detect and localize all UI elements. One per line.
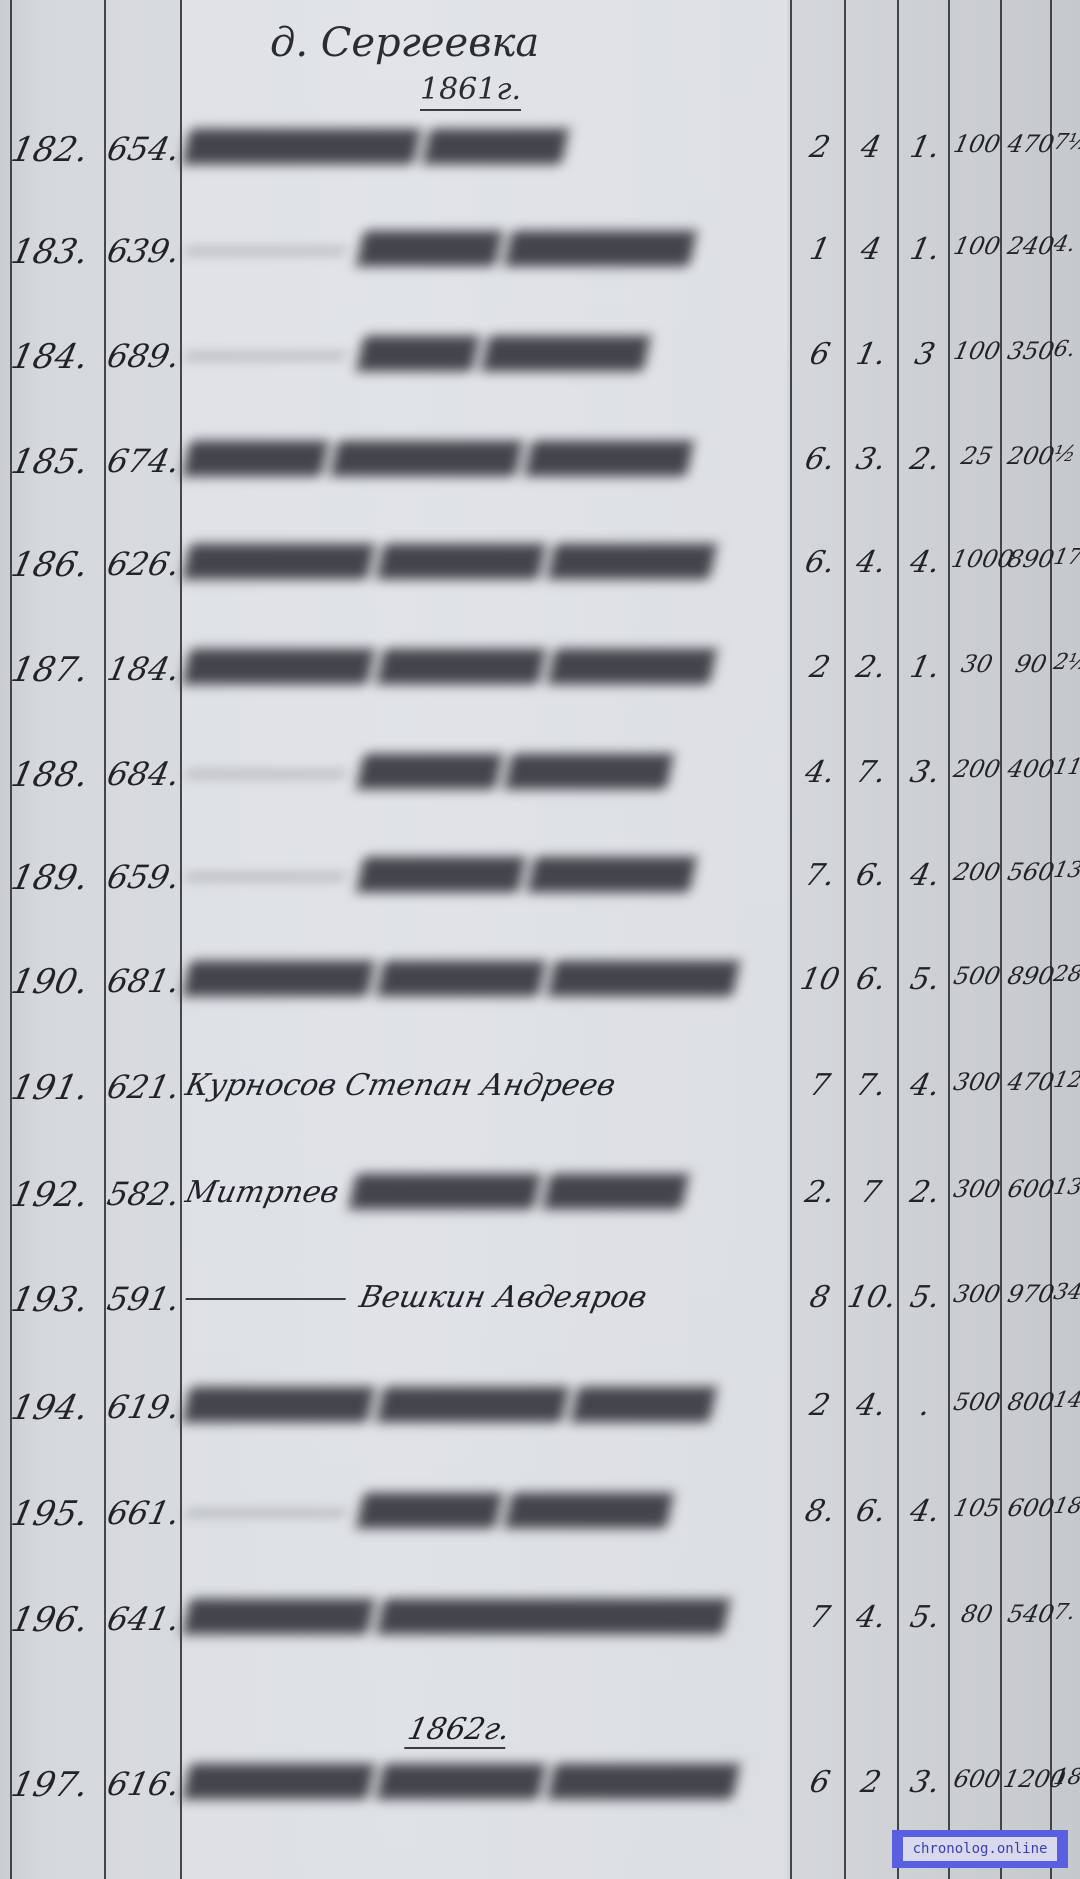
value-col-b: 7. <box>844 1068 897 1103</box>
value-col-a: 7 <box>796 1068 843 1103</box>
village-title: д. Сергеевка <box>270 20 539 66</box>
value-col-d: 600 <box>949 1765 1005 1793</box>
household-number: 184. <box>104 650 182 688</box>
page-header: д. Сергеевка 1861г. <box>270 20 750 66</box>
household-number: 626. <box>104 545 182 583</box>
value-col-a: 6 <box>796 337 843 372</box>
household-number: 659. <box>104 858 182 896</box>
value-col-a: 2 <box>796 1388 843 1423</box>
value-col-a: 4. <box>796 755 843 790</box>
value-col-d: 105 <box>949 1494 1005 1522</box>
value-col-a: 8. <box>796 1494 843 1529</box>
value-col-f: 4. <box>1051 232 1080 257</box>
household-number: 582. <box>104 1175 182 1213</box>
table-row: 184.689.█████ ███████61.31003506. <box>0 337 1080 397</box>
value-col-a: 6. <box>796 545 843 580</box>
value-col-c: 5. <box>901 1600 948 1635</box>
value-col-d: 80 <box>949 1600 1005 1628</box>
household-number: 591. <box>104 1280 182 1318</box>
value-col-a: 8 <box>796 1280 843 1315</box>
value-col-d: 100 <box>949 130 1005 158</box>
household-number: 681. <box>104 962 182 1000</box>
table-row: 195.661.██████ ███████8.6.4.10560018. <box>0 1494 1080 1554</box>
household-number: 641. <box>104 1600 182 1638</box>
person-surname: Митрпев <box>182 1175 342 1210</box>
person-name: ████████ ███████ ████████ <box>182 962 789 997</box>
row-number: 188. <box>8 755 107 795</box>
household-number: 621. <box>104 1068 182 1106</box>
table-row: 188.684.██████ ███████4.7.3.20040011. <box>0 755 1080 815</box>
value-col-a: 1 <box>796 232 843 267</box>
table-row: 183.639.██████ ████████141.1002404. <box>0 232 1080 292</box>
value-col-d: 200 <box>949 755 1005 783</box>
value-col-b: 4 <box>844 232 897 267</box>
person-name: ████████ ████████ ██████ <box>182 1388 789 1423</box>
value-col-c: 3 <box>901 337 948 372</box>
value-col-f: 12. <box>1051 1068 1080 1093</box>
person-name: ██████ ███████ <box>182 1494 789 1529</box>
value-col-f: 7. <box>1051 1600 1080 1625</box>
header-year: 1861г. <box>420 72 521 111</box>
row-number: 183. <box>8 232 107 272</box>
person-name: ██████████ ██████ <box>182 130 789 165</box>
row-number: 192. <box>8 1175 107 1215</box>
value-col-b: 4. <box>844 1388 897 1423</box>
table-row: 189.659.███████ ███████7.6.4.20056013. <box>0 858 1080 918</box>
person-name: ████████ ███████ ███████ <box>182 545 789 580</box>
person-name: ██████ ███████ <box>182 755 789 790</box>
household-number: 639. <box>104 232 182 270</box>
row-number: 197. <box>8 1765 107 1805</box>
table-row: 191.621.Курносов Степан Андреев77.4.3004… <box>0 1068 1080 1128</box>
value-col-a: 2 <box>796 130 843 165</box>
household-number: 661. <box>104 1494 182 1532</box>
value-col-b: 6. <box>844 858 897 893</box>
value-col-c: 3. <box>901 755 948 790</box>
person-name: ██████ ████████ ███████ <box>182 442 789 477</box>
household-number: 616. <box>104 1765 182 1803</box>
value-col-d: 100 <box>949 232 1005 260</box>
watermark-text: chronolog.online <box>903 1837 1058 1861</box>
value-col-c: 1. <box>901 130 948 165</box>
table-row: 186.626.████████ ███████ ███████6.4.4.10… <box>0 545 1080 605</box>
value-col-c: 2. <box>901 1175 948 1210</box>
value-col-f: 13. <box>1051 858 1080 883</box>
value-col-f: 13. <box>1051 1175 1080 1200</box>
table-row: 194.619.████████ ████████ ██████24..5008… <box>0 1388 1080 1448</box>
value-col-c: 4. <box>901 1068 948 1103</box>
value-col-b: 1. <box>844 337 897 372</box>
value-col-c: 4. <box>901 545 948 580</box>
value-col-f: 7½ <box>1051 130 1080 155</box>
watermark-badge: chronolog.online <box>892 1830 1068 1868</box>
value-col-c: . <box>901 1388 948 1423</box>
value-col-b: 10. <box>844 1280 897 1315</box>
table-row: 197.616.████████ ███████ ████████623.600… <box>0 1765 1080 1825</box>
value-col-f: 2½ <box>1051 650 1080 675</box>
value-col-f: 18. <box>1051 1494 1080 1519</box>
value-col-c: 5. <box>901 1280 948 1315</box>
row-number: 193. <box>8 1280 107 1320</box>
value-col-a: 2. <box>796 1175 843 1210</box>
value-col-c: 1. <box>901 650 948 685</box>
row-number: 182. <box>8 130 107 170</box>
value-col-b: 2. <box>844 650 897 685</box>
value-col-c: 4. <box>901 1494 948 1529</box>
value-col-f: 6. <box>1051 337 1080 362</box>
person-name: ████████ ███████ ███████ <box>182 650 789 685</box>
value-col-f: 34. <box>1051 1280 1080 1305</box>
value-col-d: 100 <box>949 337 1005 365</box>
value-col-c: 4. <box>901 858 948 893</box>
value-col-c: 3. <box>901 1765 948 1800</box>
value-col-c: 1. <box>901 232 948 267</box>
table-row: 182.654.██████████ ██████241.1004707½ <box>0 130 1080 190</box>
household-number: 689. <box>104 337 182 375</box>
row-number: 195. <box>8 1494 107 1534</box>
section-year-1862: 1862г. <box>404 1712 513 1749</box>
person-name: ██████ ████████ <box>182 232 789 267</box>
value-col-c: 5. <box>901 962 948 997</box>
value-col-a: 10 <box>796 962 843 997</box>
row-number: 191. <box>8 1068 107 1108</box>
household-number: 654. <box>104 130 182 168</box>
person-name: ███████ ███████ <box>182 858 789 893</box>
table-row: 196.641.████████ ███████████████74.5.805… <box>0 1600 1080 1660</box>
table-row: 193.591.Вешкин Авдеяров810.5.30097034. <box>0 1280 1080 1340</box>
value-col-f: ½ <box>1051 442 1080 467</box>
row-number: 189. <box>8 858 107 898</box>
value-col-b: 4 <box>844 130 897 165</box>
row-number: 196. <box>8 1600 107 1640</box>
person-name: ████████ ███████ ████████ <box>182 1765 789 1800</box>
value-col-a: 2 <box>796 650 843 685</box>
value-col-a: 6. <box>796 442 843 477</box>
value-col-f: 11. <box>1051 755 1080 780</box>
value-col-f: 14. <box>1051 1388 1080 1413</box>
value-col-a: 6 <box>796 1765 843 1800</box>
row-number: 185. <box>8 442 107 482</box>
row-number: 186. <box>8 545 107 585</box>
table-row: 190.681.████████ ███████ ████████106.5.5… <box>0 962 1080 1022</box>
value-col-d: 200 <box>949 858 1005 886</box>
row-number: 184. <box>8 337 107 377</box>
value-col-f: 18. <box>1051 1765 1080 1790</box>
value-col-b: 4. <box>844 545 897 580</box>
value-col-d: 25 <box>949 442 1005 470</box>
household-number: 684. <box>104 755 182 793</box>
value-col-b: 4. <box>844 1600 897 1635</box>
value-col-a: 7. <box>796 858 843 893</box>
value-col-d: 300 <box>949 1175 1005 1203</box>
person-name: Митрпев████████ ██████ <box>182 1175 789 1210</box>
value-col-b: 2 <box>844 1765 897 1800</box>
household-number: 619. <box>104 1388 182 1426</box>
person-name: █████ ███████ <box>182 337 789 372</box>
value-col-b: 7 <box>844 1175 897 1210</box>
row-number: 194. <box>8 1388 107 1428</box>
value-col-d: 300 <box>949 1068 1005 1096</box>
value-col-f: 17 <box>1051 545 1080 570</box>
row-number: 187. <box>8 650 107 690</box>
value-col-a: 7 <box>796 1600 843 1635</box>
table-row: 187.184.████████ ███████ ███████22.1.309… <box>0 650 1080 710</box>
value-col-d: 300 <box>949 1280 1005 1308</box>
value-col-d: 1000 <box>949 545 1005 573</box>
person-name: Курносов Степан Андреев <box>182 1068 789 1103</box>
row-number: 190. <box>8 962 107 1002</box>
value-col-d: 500 <box>949 962 1005 990</box>
person-name: Вешкин Авдеяров <box>182 1280 789 1315</box>
value-col-f: 28. <box>1051 962 1080 987</box>
value-col-d: 30 <box>949 650 1005 678</box>
person-name: ████████ ███████████████ <box>182 1600 789 1635</box>
value-col-b: 3. <box>844 442 897 477</box>
value-col-b: 6. <box>844 962 897 997</box>
redacted-name-part: ████████ ██████ <box>349 1175 689 1210</box>
value-col-b: 7. <box>844 755 897 790</box>
household-number: 674. <box>104 442 182 480</box>
table-row: 185.674.██████ ████████ ███████6.3.2.252… <box>0 442 1080 502</box>
value-col-d: 500 <box>949 1388 1005 1416</box>
table-row: 192.582.Митрпев████████ ██████2.72.30060… <box>0 1175 1080 1235</box>
value-col-b: 6. <box>844 1494 897 1529</box>
value-col-c: 2. <box>901 442 948 477</box>
